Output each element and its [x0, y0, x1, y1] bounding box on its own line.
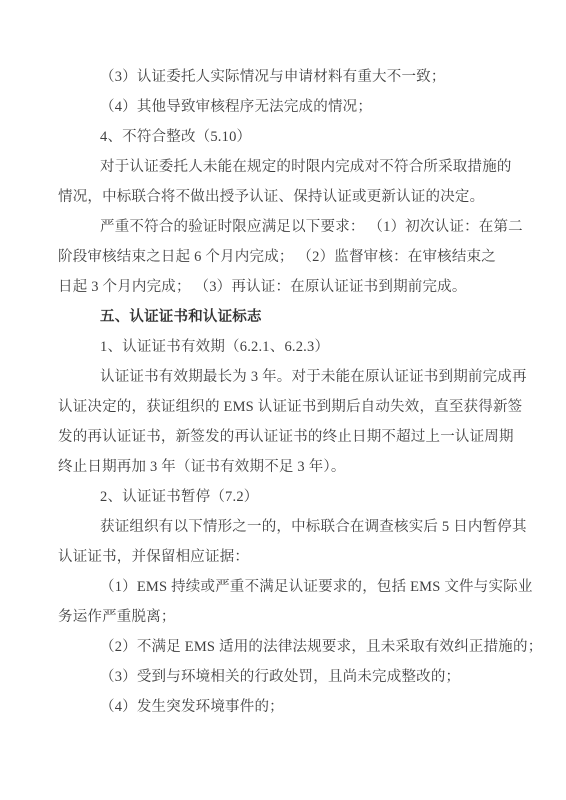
text-line: 情况，中标联合将不做出授予认证、保持认证或更新认证的决定。 [58, 182, 514, 212]
text-line: 1、认证证书有效期（6.2.1、6.2.3） [58, 332, 514, 362]
text-line: 终止日期再加 3 年（证书有效期不足 3 年）。 [58, 452, 514, 482]
text-line: 认证决定的，获证组织的 EMS 认证证书到期后自动失效，直至获得新签 [58, 392, 514, 422]
document-text-block: （3）认证委托人实际情况与申请材料有重大不一致； （4）其他导致审核程序无法完成… [58, 62, 514, 722]
text-line: （1）EMS 持续或严重不满足认证要求的，包括 EMS 文件与实际业 [58, 572, 514, 602]
text-line: （3）受到与环境相关的行政处罚，且尚未完成整改的； [58, 662, 514, 692]
text-line: 对于认证委托人未能在规定的时限内完成对不符合所采取措施的 [58, 152, 514, 182]
document-page: （3）认证委托人实际情况与申请材料有重大不一致； （4）其他导致审核程序无法完成… [0, 0, 566, 800]
text-line: 阶段审核结束之日起 6 个月内完成； （2）监督审核：在审核结束之 [58, 242, 514, 272]
text-line: （4）其他导致审核程序无法完成的情况； [58, 92, 514, 122]
text-line: 认证证书，并保留相应证据： [58, 542, 514, 572]
text-line: 认证证书有效期最长为 3 年。对于未能在原认证证书到期前完成再 [58, 362, 514, 392]
text-line: （2）不满足 EMS 适用的法律法规要求，且未采取有效纠正措施的； [58, 632, 514, 662]
text-line: 严重不符合的验证时限应满足以下要求： （1）初次认证：在第二 [58, 212, 514, 242]
text-line: 日起 3 个月内完成； （3）再认证：在原认证证书到期前完成。 [58, 272, 514, 302]
text-line: 发的再认证证书，新签发的再认证证书的终止日期不超过上一认证周期 [58, 422, 514, 452]
text-line: 务运作严重脱离； [58, 602, 514, 632]
text-line: （4）发生突发环境事件的； [58, 692, 514, 722]
text-line: （3）认证委托人实际情况与申请材料有重大不一致； [58, 62, 514, 92]
text-line: 获证组织有以下情形之一的，中标联合在调查核实后 5 日内暂停其 [58, 512, 514, 542]
text-line: 2、认证证书暂停（7.2） [58, 482, 514, 512]
text-line: 4、不符合整改（5.10） [58, 122, 514, 152]
section-heading: 五、认证证书和认证标志 [58, 302, 514, 332]
